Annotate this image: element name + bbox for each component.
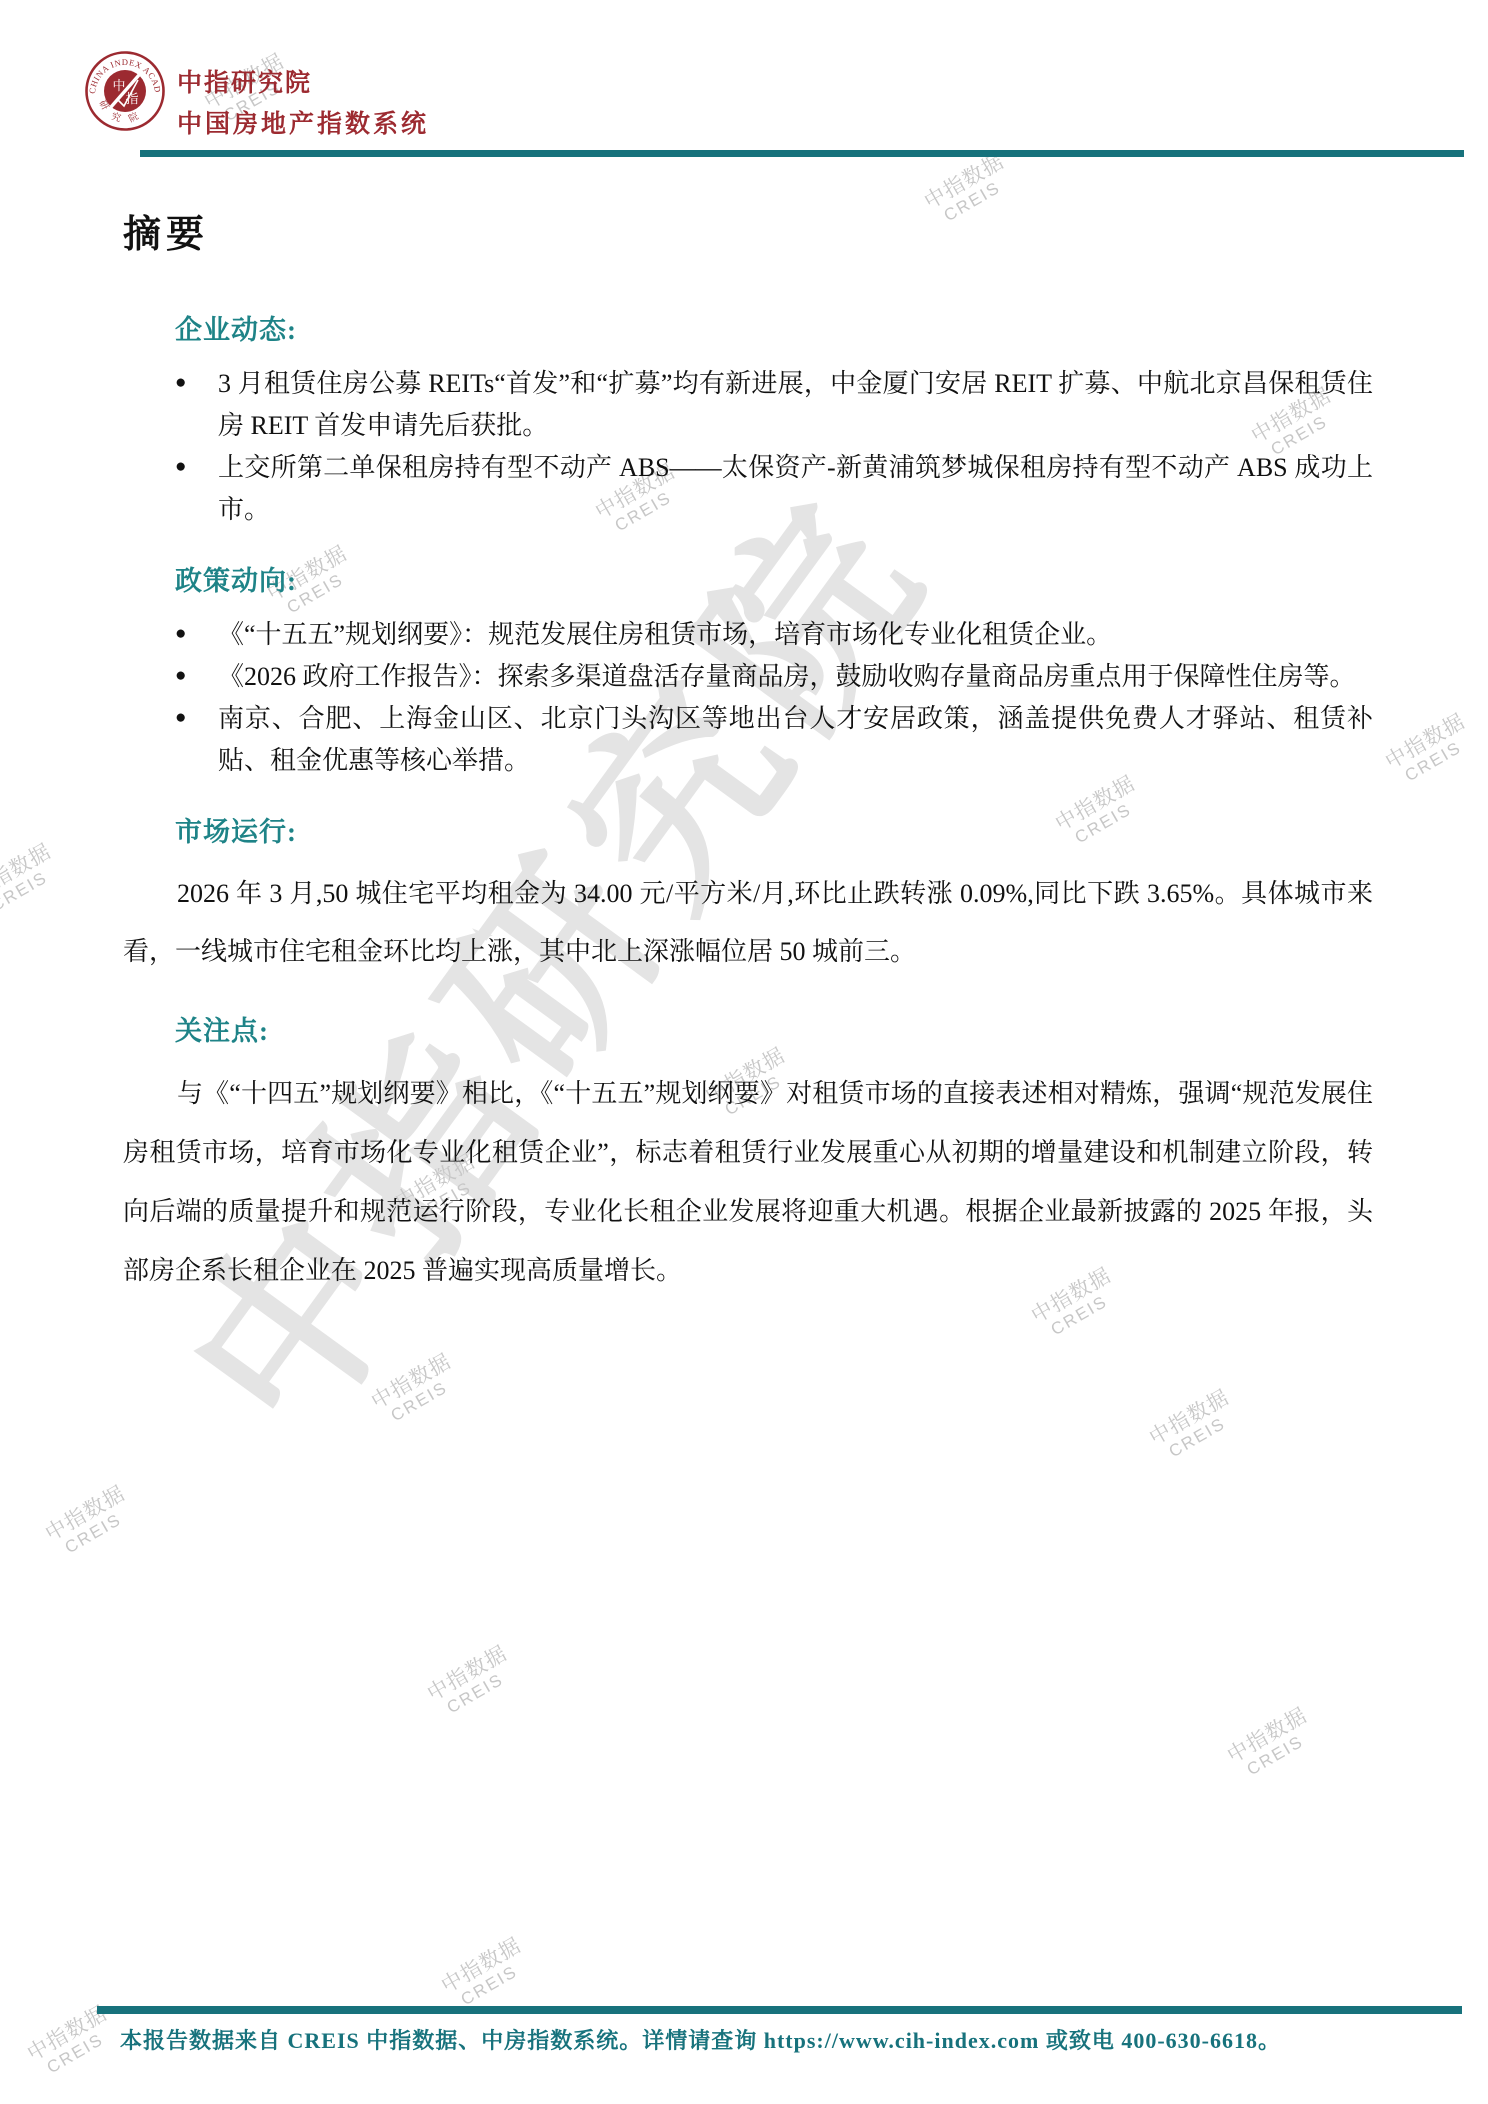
header: CHINA INDEX ACADEMY 研 究 院 中 指 中指研究院 中国房地… — [84, 50, 429, 140]
bullet-item: ● 上交所第二单保租房持有型不动产 ABS——太保资产-新黄浦筑梦城保租房持有型… — [123, 447, 1373, 531]
section-heading-enterprise: 企业动态: — [175, 308, 1373, 347]
policy-bullet-list: ● 《“十五五”规划纲要》：规范发展住房租赁市场，培育市场化专业化租赁企业。 ●… — [123, 614, 1373, 782]
summary-content: 摘要 企业动态: ● 3 月租赁住房公募 REITs“首发”和“扩募”均有新进展… — [123, 203, 1373, 1300]
watermark-small: 中指数据CREIS — [1381, 709, 1479, 791]
watermark-small: 中指数据CREIS — [423, 1641, 521, 1723]
market-summary-paragraph: 2026 年 3 月,50 城住宅平均租金为 34.00 元/平方米/月,环比止… — [123, 865, 1373, 981]
page-title: 摘要 — [123, 203, 1373, 258]
logo-center-char-bottom: 指 — [125, 91, 138, 106]
section-heading-policy: 政策动向: — [175, 559, 1373, 598]
bullet-text: 3 月租赁住房公募 REITs“首发”和“扩募”均有新进展，中金厦门安居 REI… — [218, 369, 1373, 440]
header-titles: 中指研究院 中国房地产指数系统 — [177, 50, 429, 140]
bullet-icon: ● — [175, 655, 186, 697]
org-logo-icon: CHINA INDEX ACADEMY 研 究 院 中 指 — [84, 50, 166, 132]
watermark-small: 中指数据CREIS — [0, 839, 65, 921]
system-name: 中国房地产指数系统 — [177, 104, 429, 140]
footer-note: 本报告数据来自 CREIS 中指数据、中房指数系统。详情请查询 https://… — [120, 2024, 1281, 2055]
focus-paragraph: 与《“十四五”规划纲要》相比，《“十五五”规划纲要》对租赁市场的直接表述相对精炼… — [123, 1064, 1373, 1300]
bullet-item: ● 3 月租赁住房公募 REITs“首发”和“扩募”均有新进展，中金厦门安居 R… — [123, 363, 1373, 447]
watermark-small: 中指数据CREIS — [437, 1933, 535, 2015]
footer-note-suffix: 或致电 400-630-6618。 — [1039, 2028, 1281, 2053]
bullet-icon: ● — [175, 446, 186, 488]
org-name: 中指研究院 — [177, 63, 429, 99]
watermark-small: 中指数据CREIS — [1145, 1385, 1243, 1467]
header-rule — [140, 150, 1464, 157]
report-page: 中指研究院 中指数据CREIS中指数据CREIS中指数据CREIS中指数据CRE… — [0, 0, 1488, 2104]
watermark-small: 中指数据CREIS — [41, 1481, 139, 1563]
section-heading-focus: 关注点: — [175, 1009, 1373, 1048]
bullet-icon: ● — [175, 697, 186, 739]
bullet-item: ● 《2026 政府工作报告》：探索多渠道盘活存量商品房，鼓励收购存量商品房重点… — [123, 656, 1373, 698]
bullet-icon: ● — [175, 613, 186, 655]
bullet-item: ● 南京、合肥、上海金山区、北京门头沟区等地出台人才安居政策，涵盖提供免费人才驿… — [123, 698, 1373, 782]
footer-link[interactable]: https://www.cih-index.com — [764, 2028, 1040, 2053]
footer-note-prefix: 本报告数据来自 CREIS 中指数据、中房指数系统。详情请查询 — [120, 2028, 764, 2053]
logo-center-char-top: 中 — [112, 78, 125, 93]
bullet-text: 《2026 政府工作报告》：探索多渠道盘活存量商品房，鼓励收购存量商品房重点用于… — [218, 662, 1356, 691]
bullet-icon: ● — [175, 362, 186, 404]
bullet-text: 上交所第二单保租房持有型不动产 ABS——太保资产-新黄浦筑梦城保租房持有型不动… — [218, 453, 1373, 524]
bullet-text: 《“十五五”规划纲要》：规范发展住房租赁市场，培育市场化专业化租赁企业。 — [218, 620, 1112, 649]
bullet-item: ● 《“十五五”规划纲要》：规范发展住房租赁市场，培育市场化专业化租赁企业。 — [123, 614, 1373, 656]
bullet-text: 南京、合肥、上海金山区、北京门头沟区等地出台人才安居政策，涵盖提供免费人才驿站、… — [218, 704, 1373, 775]
watermark-small: 中指数据CREIS — [1223, 1703, 1321, 1785]
enterprise-bullet-list: ● 3 月租赁住房公募 REITs“首发”和“扩募”均有新进展，中金厦门安居 R… — [123, 363, 1373, 531]
section-heading-market: 市场运行: — [175, 810, 1373, 849]
footer-divider — [97, 2006, 1462, 2014]
